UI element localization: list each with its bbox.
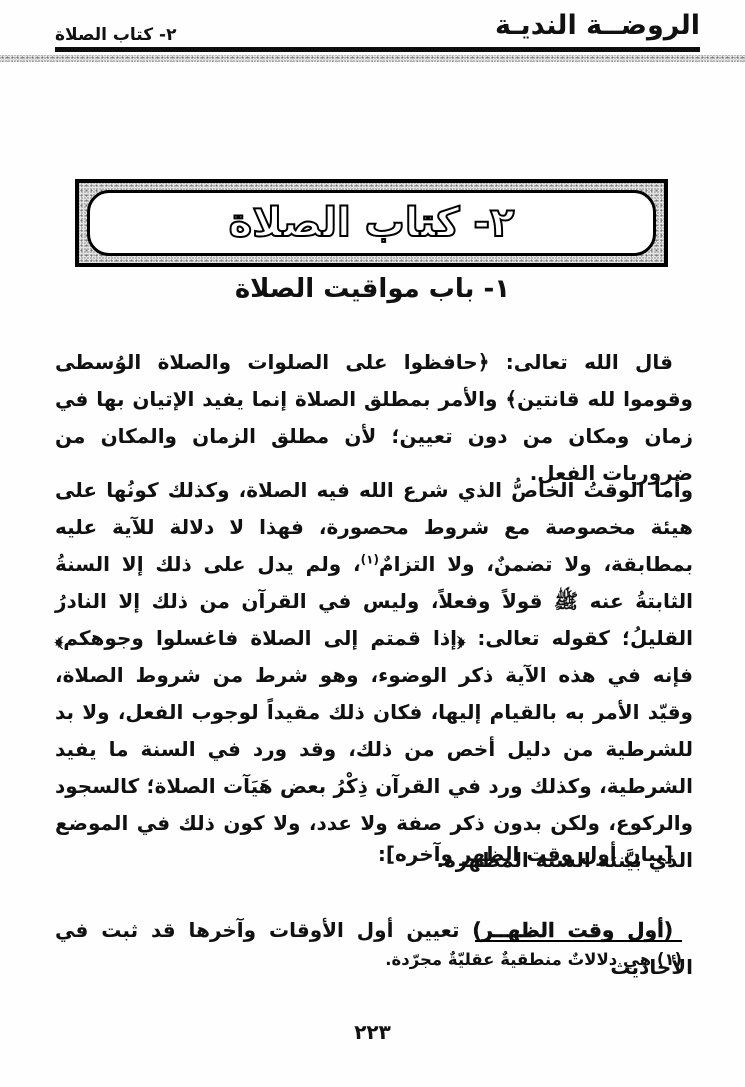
header-decorative-band [0,55,745,62]
page-number: ٢٢٣ [0,1020,745,1044]
paragraph-3: (أول وقت الظهــر) تعيين أول الأوقات وآخر… [55,912,693,986]
section-heading: ١- باب مواقيت الصلاة [0,274,745,304]
book-page: الروضــة النديـة ٢- كتاب الصلاة ٢- كتاب … [0,0,745,1087]
chapter-title: ٢- كتاب الصلاة [229,200,515,246]
header-book-title: الروضــة النديـة [495,10,700,41]
footnote-marker-ref: (١) [361,552,379,566]
footnote-separator-rule [475,940,682,942]
paragraph-3-lead: (أول وقت الظهــر) [472,918,673,942]
paragraph-2-text-after-note: ، ولم يدل على ذلك إلا السنةُ الثابتةُ عن… [55,552,693,872]
paragraph-2: وأما الوقتُ الخاصُّ الذي شرع الله فيه ال… [55,472,693,879]
subsection-heading: [بيان أول وقت الظهر وآخره]: [55,842,673,866]
header-chapter-ref: ٢- كتاب الصلاة [55,25,176,45]
paragraph-1: قال الله تعالى: ﴿حافظوا على الصلوات والص… [55,344,693,492]
footnote-text: (١) هي دلالاتٌ منطقيةٌ عقليّةٌ مجرّدة. [385,950,682,969]
chapter-title-box-inner: ٢- كتاب الصلاة [87,190,656,256]
chapter-title-box: ٢- كتاب الصلاة [75,179,668,267]
header-rule [55,47,700,52]
